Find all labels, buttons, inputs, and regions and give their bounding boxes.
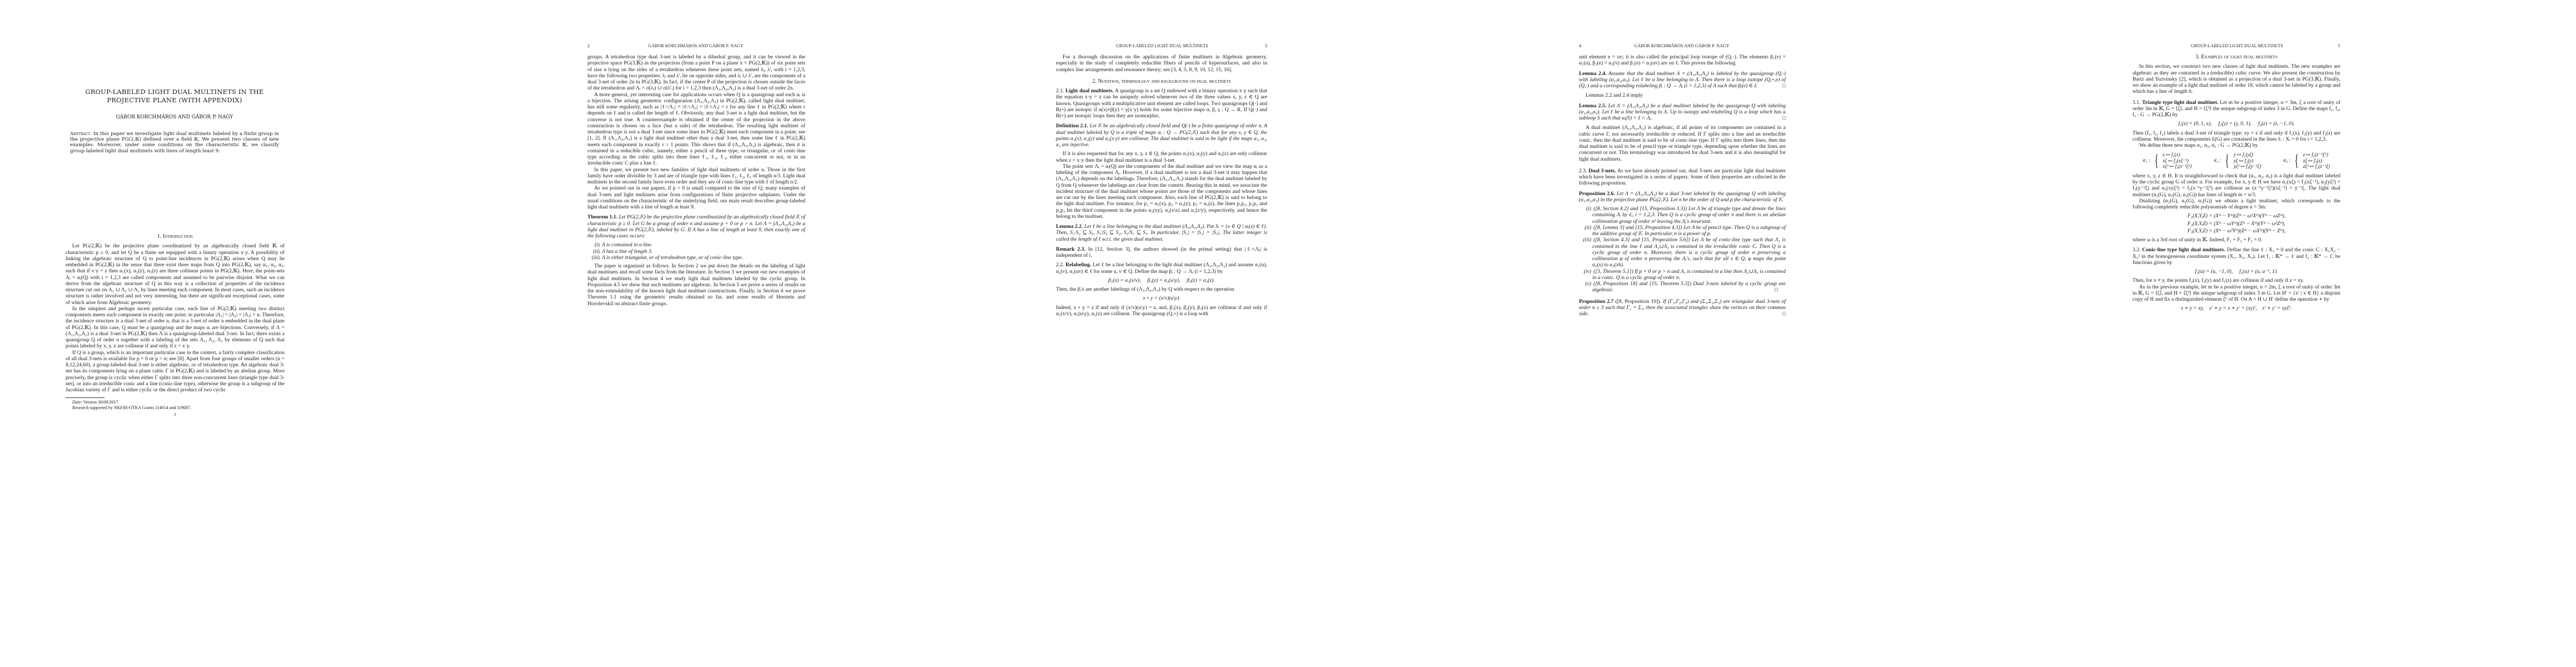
- item-label: (v): [1581, 281, 1591, 287]
- subsection-number: 3.1.: [2132, 99, 2140, 106]
- page-4-body: 4 GÁBOR KORCHMÁROS AND GÁBOR P. NAGY uni…: [1579, 43, 1786, 320]
- page-4: 4 GÁBOR KORCHMÁROS AND GÁBOR P. NAGY uni…: [1546, 0, 2061, 667]
- subsection-2-1: 2.1. Light dual multinets. A quasigroup …: [1056, 88, 1267, 119]
- subsection-number: 2.3.: [1579, 168, 1587, 174]
- equation-F3: F₃(X,Y,Z) = (Xᵐ − ω²Yᵐ)(Zᵐ − ωXᵐ)(Yᵐ − Z…: [2132, 228, 2340, 234]
- paragraph: If Q is a group, which is an important p…: [66, 350, 285, 394]
- equation-F1: F₁(X,Y,Z) = (Xᵐ − Yᵐ)(Zᵐ − ω²Xᵐ)(Yᵐ − ωZ…: [2132, 213, 2340, 219]
- equation-beta: β₁(x) = α₁(x/v), β₂(y) = α₂(u\y), β₃(z) …: [1056, 277, 1267, 283]
- page-2: 2 GÁBOR KORCHMÁROS AND GÁBOR P. NAGY gro…: [515, 0, 1030, 667]
- theorem-item: (iii)Λ is either triangular, or of tetra…: [587, 255, 805, 261]
- paragraph: where x, y, z ∈ H. It is straightforward…: [2132, 173, 2340, 198]
- subsection-2-3: 2.3. Dual 3-nets. As we have already poi…: [1579, 168, 1786, 187]
- subsection-3-2: 3.2. Conic-line type light dual multinet…: [2132, 247, 2340, 266]
- paragraph: In the simplest and perhaps nicest parti…: [66, 306, 285, 350]
- lemma-2-5: Lemma 2.5. Let Λ = (Λ₁,Λ₂,Λ₃) be a dual …: [1579, 103, 1786, 122]
- remark-text: In [12, Section 3], the authors showed (…: [1056, 246, 1267, 258]
- theorem-item: (i)Λ is contained in a line.: [587, 242, 805, 248]
- alpha-map-definitions: α₁ : { x ↦ f₁(x) xξ ↦ f₂(xξ⁻¹) xξ² ↦ f₃(…: [2132, 152, 2340, 170]
- equation-conic-maps: f₁(u) = (u, −1, 0), f₂(u) = (u, u⁻¹, 1).: [2132, 268, 2340, 275]
- subsection-3-1: 3.1. Triangle type light dual multinet. …: [2132, 99, 2340, 118]
- running-head: GROUP-LABELED LIGHT DUAL MULTINETS 3: [1056, 43, 1267, 49]
- running-head: 4 GÁBOR KORCHMÁROS AND GÁBOR P. NAGY: [1579, 43, 1786, 49]
- equation-star-operation: x ∗ y = xy, x′ ∗ y = x ∗ y′ = (xy)′, x′ …: [2132, 305, 2340, 311]
- page-1: GROUP-LABELED LIGHT DUAL MULTINETS IN TH…: [0, 0, 515, 667]
- case-line: xξ ↦ f₂(xξ⁻¹): [2163, 158, 2191, 164]
- footnote-support: Research supported by NKFIH-OTKA Grants …: [66, 405, 285, 411]
- running-head: 2 GÁBOR KORCHMÁROS AND GÁBOR P. NAGY: [587, 43, 805, 49]
- case-line: zξ ↦ f₃(z): [2303, 158, 2330, 164]
- section-heading-notation: 2. Notation, terminology and background …: [1056, 78, 1267, 84]
- paper-authors: GÁBOR KORCHMÁROS AND GÁBOR P. NAGY: [66, 115, 283, 120]
- abstract: Abstract. In this paper we investigate l…: [70, 131, 279, 154]
- remark-label: Remark 2.3.: [1056, 246, 1085, 252]
- page-number: 1: [66, 411, 285, 417]
- equation-circ: x ∘ y = (x/v)(u\y).: [1056, 295, 1267, 301]
- definition-2-1: Definition 2.1. Let 𝕂 be an algebraicall…: [1056, 123, 1267, 148]
- paragraph: Let PG(2,𝕂) be the projective plane coor…: [66, 243, 285, 306]
- item-label: (i): [1581, 206, 1591, 212]
- subsection-2-2: 2.2. Relabeling. Let ℓ be a line belongi…: [1056, 262, 1267, 275]
- proposition-2-6: Proposition 2.6. Let Λ = (Λ₁,Λ₂,Λ₃) be a…: [1579, 191, 1786, 203]
- item-label: (iii): [590, 255, 600, 261]
- alpha-1-cases: α₁ : { x ↦ f₁(x) xξ ↦ f₂(xξ⁻¹) xξ² ↦ f₃(…: [2143, 152, 2192, 170]
- map-name: α₂ :: [2214, 157, 2221, 163]
- paragraph: Indeed, x ∘ y = z if and only if (x/v)(u…: [1056, 305, 1267, 317]
- qed-symbol: □: [1782, 115, 1786, 121]
- item-text: Λ is contained in a line.: [602, 242, 652, 248]
- case-line: zξ² ↦ f₂(z⁻¹ξ): [2303, 163, 2330, 170]
- page-1-body: 1. Introduction Let PG(2,𝕂) be the proje…: [66, 228, 285, 418]
- proposition-item: (i)([8, Section 4.2] and [15, Propositio…: [1579, 206, 1786, 225]
- footnote-date: Date: Version 30/09/2017.: [66, 400, 285, 405]
- proposition-item: (iii)([8, Section 4.3] and [15, Proposit…: [1579, 237, 1786, 268]
- footnote-date-value: : Version 30/09/2017.: [81, 400, 119, 405]
- paragraph: As we pointed out in our papers, if p > …: [587, 185, 805, 210]
- case-line: y ↦ f₁(yξ): [2234, 152, 2261, 158]
- qed-symbol: □: [1782, 311, 1786, 317]
- page-number: 5: [2338, 43, 2340, 49]
- paragraph: We define three new maps α₁, α₂, α₃ : G …: [2132, 142, 2340, 148]
- paragraph: Lemmas 2.2 and 2.4 imply: [1579, 92, 1786, 98]
- footnote-rule: [66, 397, 104, 398]
- running-head-title: GÁBOR KORCHMÁROS AND GÁBOR P. NAGY: [590, 43, 802, 49]
- page-3-body: GROUP-LABELED LIGHT DUAL MULTINETS 3 For…: [1056, 43, 1267, 317]
- proposition-item: (v)([8, Proposition 18] and [15, Theorem…: [1579, 281, 1786, 293]
- proposition-ref: ([8, Proposition 10]).: [1616, 298, 1661, 305]
- paragraph: A dual multinet (Λ₁,Λ₂,Λ₃) is algebraic,…: [1579, 125, 1786, 162]
- item-label: (i): [590, 242, 600, 248]
- item-label: (iv): [1581, 268, 1591, 275]
- paragraph: Then, the βᵢ's are another labelings of …: [1056, 286, 1267, 292]
- subsection-title: Dual 3-nets.: [1588, 168, 1616, 174]
- paragraph: Then, for x ≠ y, the points f₂(x), f₂(y)…: [2132, 277, 2340, 283]
- brace-icon: {: [2225, 152, 2229, 169]
- proposition-label: Proposition 2.6.: [1579, 191, 1615, 197]
- paper-title-line-1: GROUP-LABELED LIGHT DUAL MULTINETS IN TH…: [66, 88, 283, 96]
- proposition-2-7: Proposition 2.7 ([8, Proposition 10]). I…: [1579, 298, 1786, 317]
- subsection-number: 2.2.: [1056, 262, 1064, 268]
- lemma-label: Lemma 2.5.: [1579, 103, 1606, 109]
- paragraph: In this section, we construct two new cl…: [2132, 63, 2340, 94]
- paragraph: In this paper, we present two new famili…: [587, 167, 805, 186]
- subsection-title: Relabeling.: [1065, 262, 1091, 268]
- paragraph: A more general, yet interesting case for…: [587, 92, 805, 167]
- item-text: ([8, Lemma 3] and [15, Proposition 4.3])…: [1592, 225, 1786, 237]
- lemma-2-2: Lemma 2.2. Let ℓ be a line belonging to …: [1056, 223, 1267, 242]
- item-label: (ii): [1581, 225, 1591, 231]
- paragraph: groups. A tetrahedron type dual 3-net is…: [587, 54, 805, 92]
- subsection-title: Triangle type light dual multinet.: [2142, 99, 2218, 106]
- paragraph: unit element e = uv; it is also called t…: [1579, 54, 1786, 67]
- item-text: Λ is either triangular, or of tetrahedro…: [602, 255, 743, 261]
- case-line: z ↦ f₁(z⁻¹ξ⁵): [2303, 152, 2330, 158]
- item-text: ([3, Theorem 5.1]) If p = 0 or p > n and…: [1592, 268, 1786, 281]
- theorem-item: (ii)Λ has a line of length 3.: [587, 248, 805, 255]
- theorem-1-1: Theorem 1.1. Let PG(2,𝕂) be the projecti…: [587, 214, 805, 239]
- subsection-title: Conic-line type light dual multinets.: [2142, 247, 2225, 253]
- paragraph: The point sets Λᵢ = αᵢ(Q) are the compon…: [1056, 163, 1267, 220]
- section-heading-introduction: 1. Introduction: [66, 233, 285, 240]
- page-3: GROUP-LABELED LIGHT DUAL MULTINETS 3 For…: [1030, 0, 1546, 667]
- paragraph: Then (f₁, f₂, f₃) labels a dual 3-net of…: [2132, 130, 2340, 143]
- subsection-number: 2.1.: [1056, 88, 1064, 94]
- paragraph: Dualizing (α₁(G), α₂(G), α₃(G)) we obtai…: [2132, 198, 2340, 211]
- alpha-3-cases: α₃ : { z ↦ f₁(z⁻¹ξ⁵) zξ ↦ f₃(z) zξ² ↦ f₂…: [2283, 152, 2330, 170]
- item-text: ([8, Section 4.2] and [15, Proposition 3…: [1592, 206, 1786, 225]
- paragraph: For a thorough discussion on the applica…: [1056, 54, 1267, 73]
- page-5-body: GROUP-LABELED LIGHT DUAL MULTINETS 5 3. …: [2132, 43, 2340, 315]
- alpha-2-cases: α₂ : { y ↦ f₁(yξ) yξ ↦ f₂(y) yξ² ↦ f₃(y⁻…: [2214, 152, 2261, 170]
- brace-icon: {: [2295, 152, 2299, 169]
- abstract-label: Abstract.: [70, 131, 92, 137]
- map-name: α₃ :: [2283, 157, 2290, 163]
- paragraph: If it is also requested that for any x, …: [1056, 151, 1267, 163]
- running-head: GROUP-LABELED LIGHT DUAL MULTINETS 5: [2132, 43, 2340, 49]
- abstract-text: In this paper we investigate light dual …: [70, 131, 279, 154]
- item-label: (iii): [1581, 237, 1591, 243]
- brace-icon: {: [2154, 152, 2158, 169]
- qed-symbol: □: [1782, 83, 1786, 89]
- item-label: (ii): [590, 248, 600, 255]
- item-text: ([8, Proposition 18] and [15, Theorem 5.…: [1592, 281, 1786, 293]
- equation-f-maps: f₁(x) = (0, 1, x), f₂(y) = (y, 0, 1), f₃…: [2132, 121, 2340, 127]
- proposition-item: (ii)([8, Lemma 3] and [15, Proposition 4…: [1579, 225, 1786, 237]
- item-text: Λ has a line of length 3.: [602, 248, 652, 255]
- subsection-title: Light dual multinets.: [1065, 88, 1114, 94]
- paper-title-line-2: PROJECTIVE PLANE (WITH APPENDIX): [66, 96, 283, 104]
- page-5: GROUP-LABELED LIGHT DUAL MULTINETS 5 3. …: [2061, 0, 2576, 667]
- lemma-label: Lemma 2.4.: [1579, 71, 1606, 77]
- theorem-label: Theorem 1.1.: [587, 214, 617, 220]
- lemma-text: Let ℓ be a line belonging to the dual mu…: [1056, 223, 1267, 242]
- running-head-title: GROUP-LABELED LIGHT DUAL MULTINETS: [2136, 43, 2338, 49]
- equation-F2: F₂(X,Y,Z) = (Xᵐ − ωYᵐ)(Zᵐ − Xᵐ)(Yᵐ − ω²Z…: [2132, 221, 2340, 227]
- paragraph: where ω is a 3rd root of unity in 𝕂. Ind…: [2132, 237, 2340, 243]
- running-head-title: GROUP-LABELED LIGHT DUAL MULTINETS: [1059, 43, 1265, 49]
- lemma-text: Assume that the dual multinet Λ = (Λ₁,Λ₂…: [1579, 71, 1786, 89]
- subsection-number: 3.2.: [2132, 247, 2140, 253]
- running-head-title: GÁBOR KORCHMÁROS AND GÁBOR P. NAGY: [1581, 43, 1782, 49]
- page-number: 3: [1265, 43, 1267, 49]
- paragraph: As in the previous example, let m be a p…: [2132, 284, 2340, 303]
- section-heading-examples: 3. Examples of light dual multinets: [2132, 54, 2340, 60]
- case-line: x ↦ f₁(x): [2163, 152, 2191, 158]
- definition-label: Definition 2.1.: [1056, 123, 1088, 129]
- case-line: yξ² ↦ f₃(y⁻¹ξ): [2234, 163, 2261, 170]
- item-text: ([8, Section 4.3] and [15, Proposition 5…: [1592, 237, 1786, 268]
- remark-2-3: Remark 2.3. In [12, Section 3], the auth…: [1056, 246, 1267, 259]
- lemma-2-4: Lemma 2.4. Assume that the dual multinet…: [1579, 71, 1786, 89]
- proposition-label: Proposition 2.7: [1579, 298, 1613, 305]
- proposition-item: (iv)([3, Theorem 5.1]) If p = 0 or p > n…: [1579, 268, 1786, 281]
- case-line: yξ ↦ f₂(y): [2234, 158, 2261, 164]
- paragraph: The paper is organized as follows. In Se…: [587, 263, 805, 307]
- footnote-date-label: Date: [72, 400, 81, 405]
- theorem-text: Let PG(2,𝕂) be the projective plane coor…: [587, 214, 805, 239]
- lemma-label: Lemma 2.2.: [1056, 223, 1083, 230]
- page-2-body: 2 GÁBOR KORCHMÁROS AND GÁBOR P. NAGY gro…: [587, 43, 805, 307]
- map-name: α₁ :: [2143, 157, 2150, 163]
- case-line: xξ² ↦ f₃(x⁻¹ξ²): [2163, 163, 2191, 170]
- title-block: GROUP-LABELED LIGHT DUAL MULTINETS IN TH…: [66, 88, 283, 154]
- lemma-text: Let Λ = (Λ₁,Λ₂,Λ₃) be a dual multinet la…: [1579, 103, 1786, 122]
